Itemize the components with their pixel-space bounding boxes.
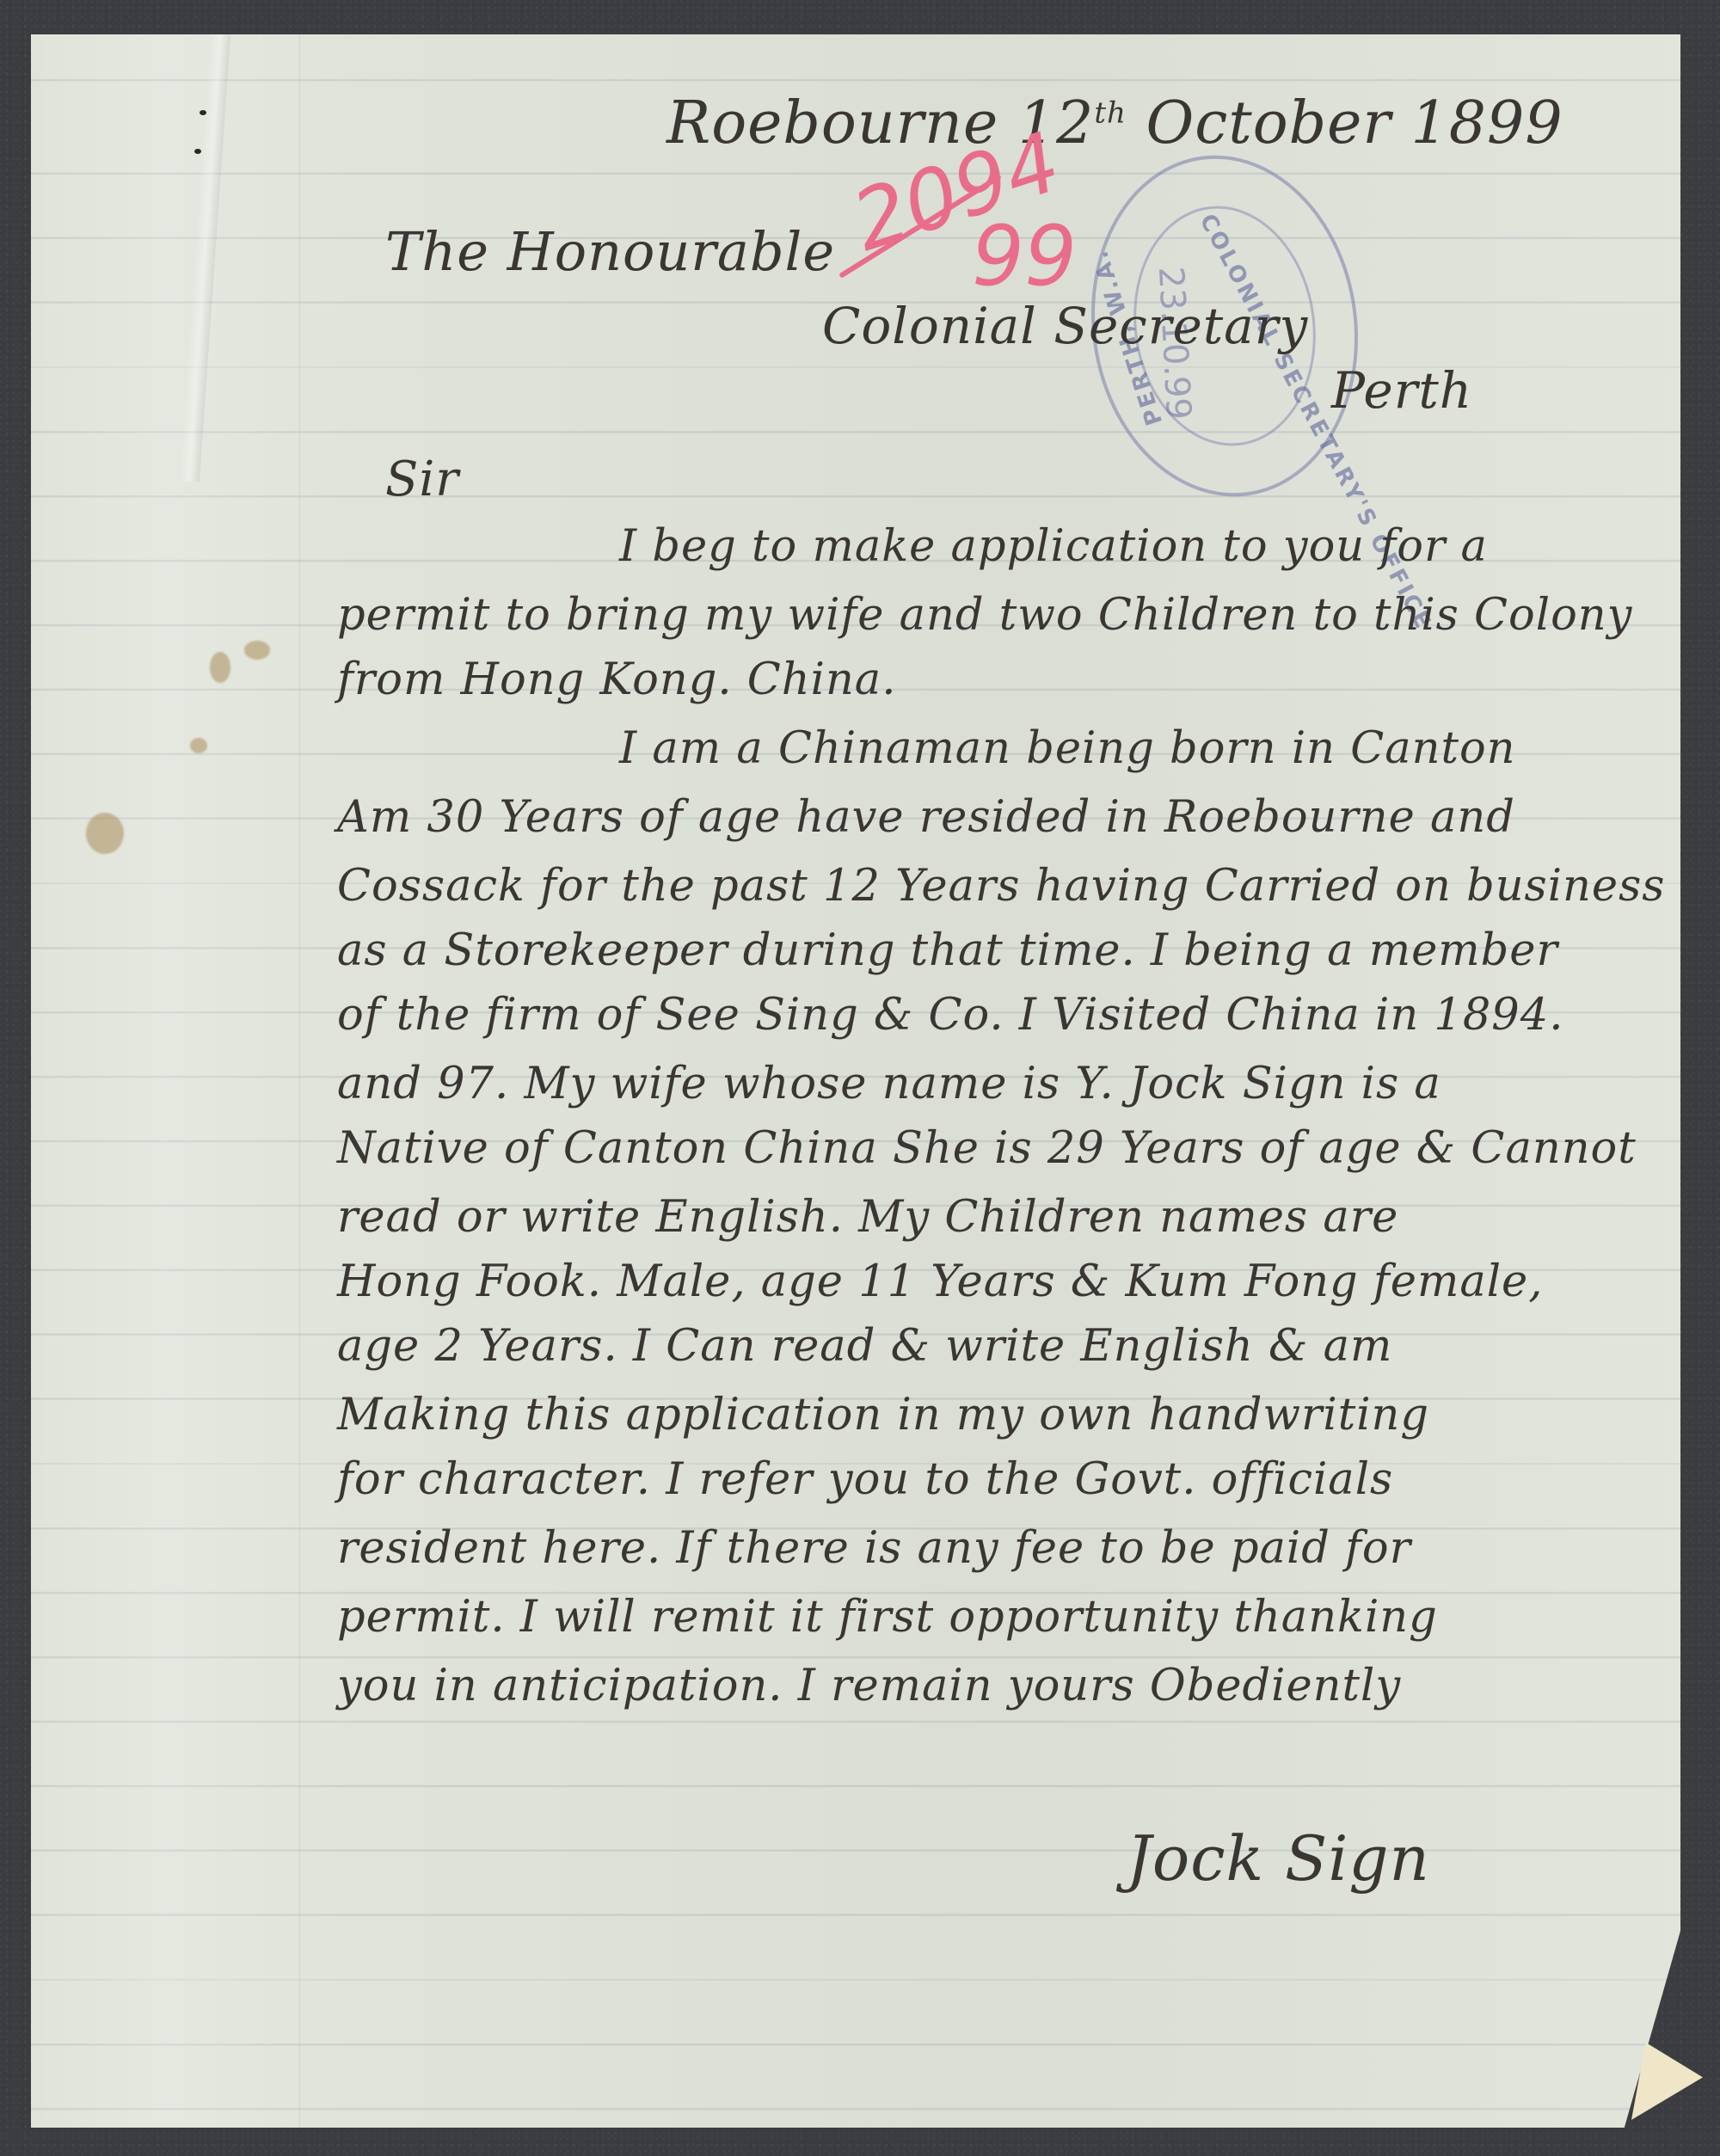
addressee-line-3: Perth [1331, 365, 1472, 415]
paper-crease [179, 34, 230, 482]
registry-number-bottom: 99 [972, 215, 1077, 298]
body-line: and 97. My wife whose name is Y. Jock Si… [337, 1062, 1441, 1106]
addressee-line-1: The Honourable [385, 225, 835, 279]
stain [190, 738, 207, 753]
body-line: Cossack for the past 12 Years having Car… [337, 864, 1665, 908]
body-line: of the firm of See Sing & Co. I Visited … [337, 993, 1563, 1037]
body-line: from Hong Kong. China. [337, 658, 896, 702]
date-day-suffix: th [1094, 95, 1127, 130]
body-line: Am 30 Years of age have resided in Roebo… [337, 795, 1515, 839]
margin-line [299, 34, 300, 2128]
body-line: you in anticipation. I remain yours Obed… [337, 1664, 1401, 1708]
pinhole [194, 149, 201, 154]
date-month-year: October 1899 [1146, 89, 1563, 157]
date-line: Roebourne 12th October 1899 [666, 95, 1563, 153]
stain [86, 813, 124, 854]
stain [210, 652, 230, 683]
body-line: for character. I refer you to the Govt. … [337, 1458, 1393, 1502]
salutation: Sir [385, 456, 459, 504]
signature: Jock Sign [1127, 1827, 1430, 1889]
body-line: I am a Chinaman being born in Canton [619, 727, 1516, 771]
body-line: permit to bring my wife and two Children… [337, 593, 1632, 637]
body-line: age 2 Years. I Can read & write English … [337, 1324, 1392, 1368]
body-line: read or write English. My Children names… [337, 1195, 1398, 1239]
body-line: Hong Fook. Male, age 11 Years & Kum Fong… [337, 1260, 1543, 1304]
body-line: resident here. If there is any fee to be… [337, 1526, 1411, 1570]
body-line: Making this application in my own handwr… [337, 1393, 1429, 1437]
pinhole [200, 110, 206, 115]
body-line: permit. I will remit it first opportunit… [337, 1595, 1438, 1639]
addressee-line-2: Colonial Secretary [822, 301, 1308, 351]
stain [244, 641, 270, 660]
body-line: as a Storekeeper during that time. I bei… [337, 929, 1558, 973]
body-line: I beg to make application to you for a [619, 525, 1488, 568]
body-line: Native of Canton China She is 29 Years o… [337, 1127, 1637, 1170]
